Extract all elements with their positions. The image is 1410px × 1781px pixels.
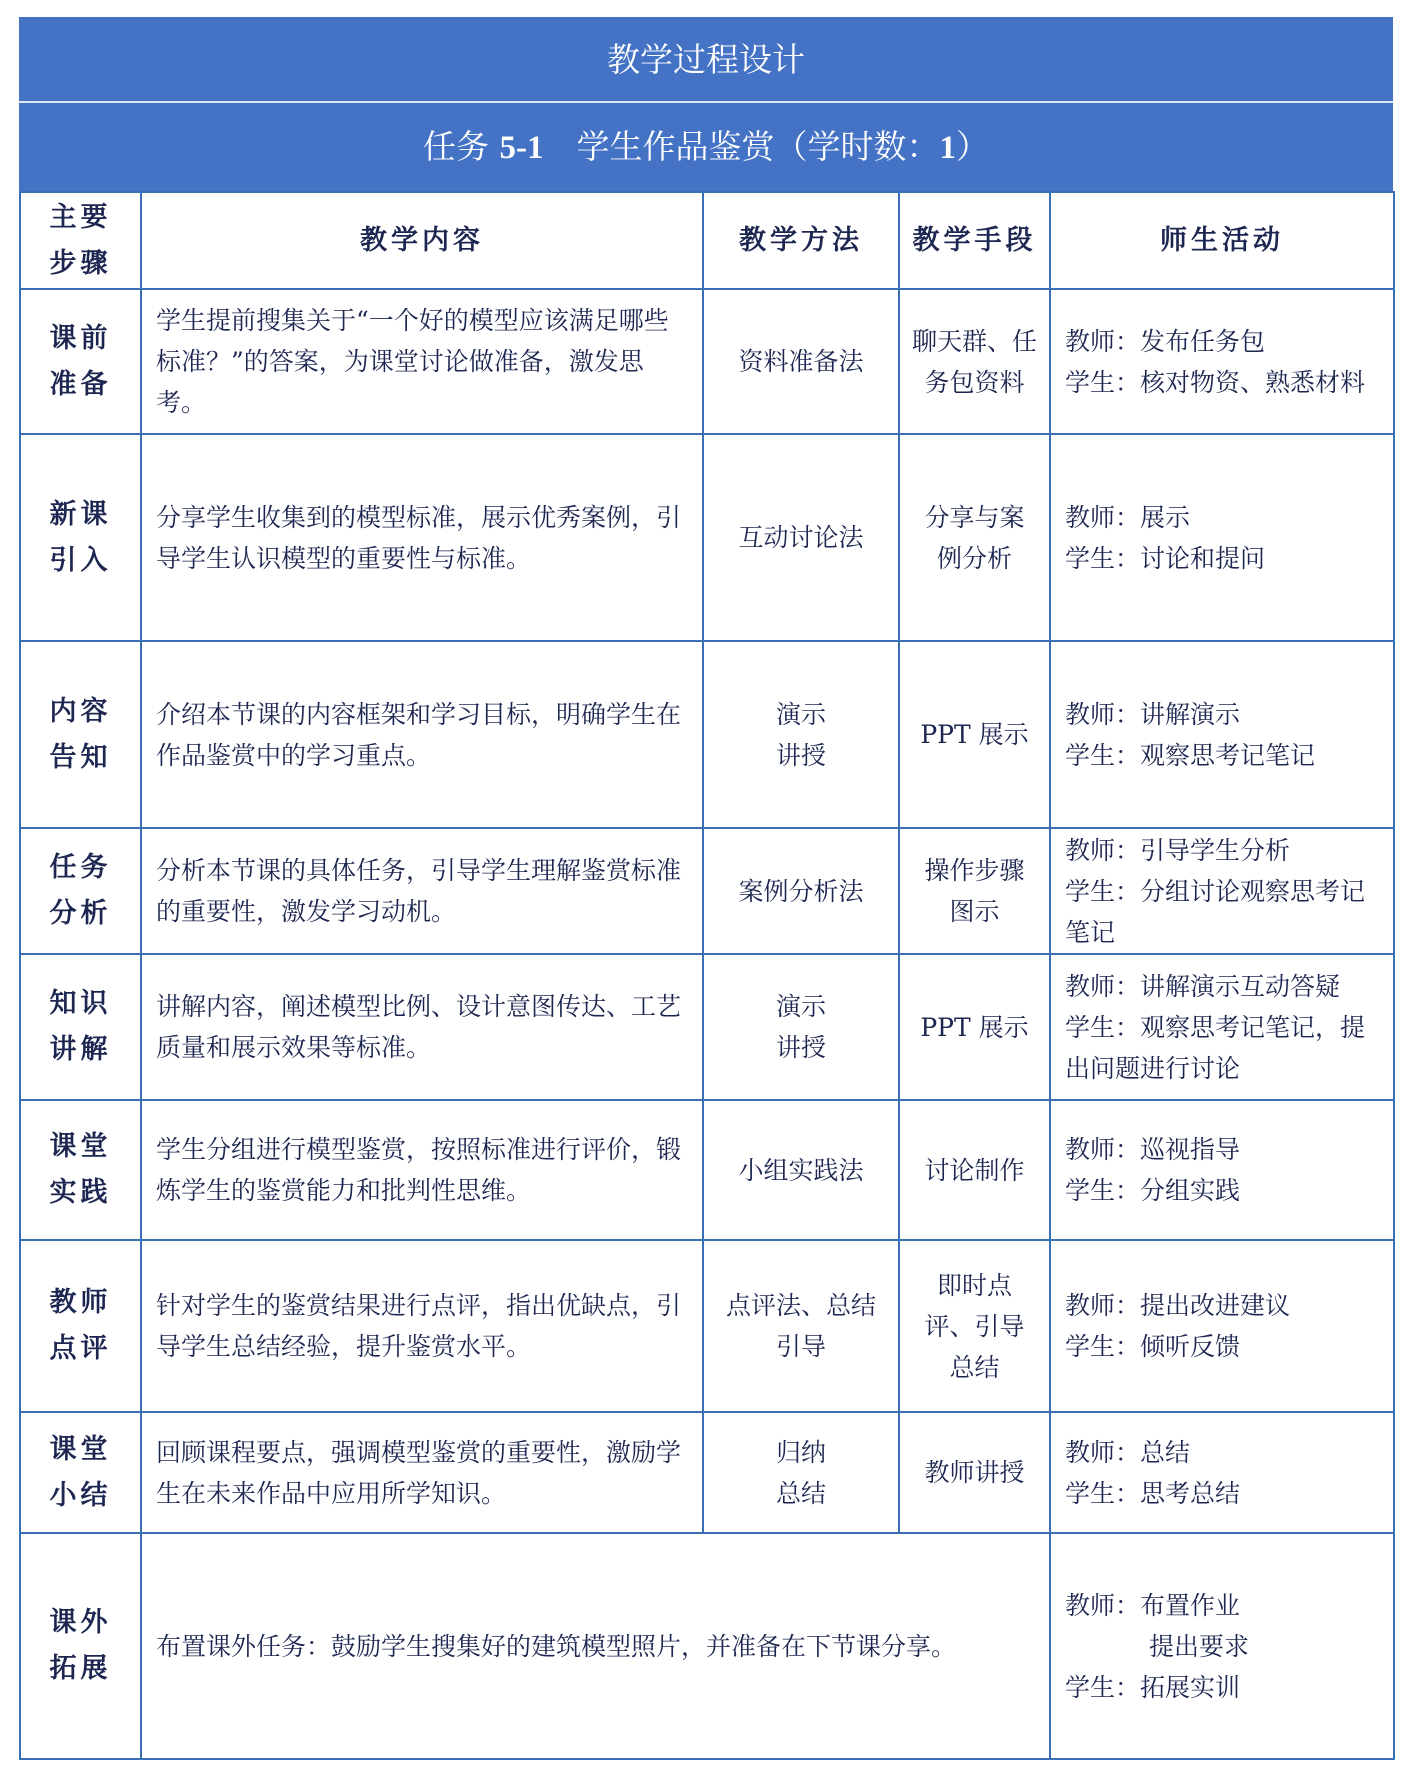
activity-line: 教师：引导学生分析 — [1065, 830, 1385, 871]
activity-line: 学生：讨论和提问 — [1065, 538, 1385, 579]
means-cell: 即时点评、引导总结 — [899, 1240, 1050, 1412]
task-subtitle: 任务 5-1 学生作品鉴赏（学时数：1） — [19, 103, 1393, 191]
step-line: 引入 — [21, 538, 140, 584]
method-line: 点评法、总结 — [710, 1285, 892, 1326]
content-cell: 布置课外任务：鼓励学生搜集好的建筑模型照片，并准备在下节课分享。 — [141, 1533, 1050, 1759]
means-line: 即时点 — [906, 1265, 1043, 1306]
activity-line: 学生：观察思考记笔记，提出问题进行讨论 — [1065, 1007, 1385, 1089]
col-header-method: 教学方法 — [703, 192, 899, 289]
table-row-extension: 课外 拓展 布置课外任务：鼓励学生搜集好的建筑模型照片，并准备在下节课分享。 教… — [20, 1533, 1394, 1759]
class-hours: 1 — [940, 130, 957, 166]
activity-cell: 教师：发布任务包学生：核对物资、熟悉材料 — [1050, 289, 1394, 434]
content-cell: 分析本节课的具体任务，引导学生理解鉴赏标准的重要性，激发学习动机。 — [141, 828, 703, 954]
step-line: 实践 — [21, 1170, 140, 1216]
activity-line: 学生：倾听反馈 — [1065, 1326, 1385, 1367]
step-line: 课外 — [21, 1600, 140, 1646]
header-step-line: 步骤 — [21, 241, 140, 287]
header-step-line: 主要 — [21, 195, 140, 241]
means-cell: 分享与案例分析 — [899, 434, 1050, 641]
activity-line: 教师：展示 — [1065, 497, 1385, 538]
activity-line: 教师：发布任务包 — [1065, 321, 1385, 362]
step-line: 课前 — [21, 316, 140, 362]
activity-line: 教师：巡视指导 — [1065, 1129, 1385, 1170]
method-line: 引导 — [710, 1326, 892, 1367]
method-line: 小组实践法 — [710, 1150, 892, 1191]
step-cell: 课堂小结 — [20, 1412, 141, 1533]
activity-line: 学生：观察思考记笔记 — [1065, 735, 1385, 776]
activity-cell: 教师：布置作业 提出要求 学生：拓展实训 — [1050, 1533, 1394, 1759]
activity-line: 教师：讲解演示 — [1065, 694, 1385, 735]
method-line: 资料准备法 — [710, 341, 892, 382]
step-cell: 教师点评 — [20, 1240, 141, 1412]
method-line: 讲授 — [710, 1027, 892, 1068]
content-cell: 回顾课程要点，强调模型鉴赏的重要性，激励学生在未来作品中应用所学知识。 — [141, 1412, 703, 1533]
activity-cell: 教师：展示学生：讨论和提问 — [1050, 434, 1394, 641]
activity-line: 提出要求 — [1065, 1626, 1385, 1667]
step-line: 任务 — [21, 845, 140, 891]
activity-cell: 教师：引导学生分析学生：分组讨论观察思考记笔记 — [1050, 828, 1394, 954]
means-cell: 操作步骤图示 — [899, 828, 1050, 954]
method-line: 演示 — [710, 694, 892, 735]
table-title: 教学过程设计 — [19, 17, 1393, 103]
activity-line: 教师：布置作业 — [1065, 1585, 1385, 1626]
method-cell: 资料准备法 — [703, 289, 899, 434]
activity-cell: 教师：提出改进建议学生：倾听反馈 — [1050, 1240, 1394, 1412]
step-line: 新课 — [21, 492, 140, 538]
method-cell: 互动讨论法 — [703, 434, 899, 641]
table-row: 课堂实践学生分组进行模型鉴赏，按照标准进行评价，锻炼学生的鉴赏能力和批判性思维。… — [20, 1100, 1394, 1240]
step-line: 课堂 — [21, 1124, 140, 1170]
col-header-step: 主要 步骤 — [20, 192, 141, 289]
step-line: 准备 — [21, 362, 140, 408]
table-row: 教师点评针对学生的鉴赏结果进行点评，指出优缺点，引导学生总结经验，提升鉴赏水平。… — [20, 1240, 1394, 1412]
col-header-means: 教学手段 — [899, 192, 1050, 289]
method-line: 互动讨论法 — [710, 517, 892, 558]
subtitle-prefix: 任务 — [423, 127, 500, 166]
task-number: 5-1 — [500, 130, 544, 166]
teaching-process-table: 教学过程设计 任务 5-1 学生作品鉴赏（学时数：1） 主要 步骤 教学内容 教… — [19, 17, 1393, 1760]
step-line: 讲解 — [21, 1027, 140, 1073]
step-line: 拓展 — [21, 1646, 140, 1692]
means-line: 操作步骤 — [906, 850, 1043, 891]
step-cell: 内容告知 — [20, 641, 141, 828]
means-line: 总结 — [906, 1347, 1043, 1388]
means-line: PPT 展示 — [906, 1007, 1043, 1048]
means-line: 聊天群、任 — [906, 321, 1043, 362]
content-cell: 分享学生收集到的模型标准，展示优秀案例，引导学生认识模型的重要性与标准。 — [141, 434, 703, 641]
table-row: 知识讲解讲解内容，阐述模型比例、设计意图传达、工艺质量和展示效果等标准。演示讲授… — [20, 954, 1394, 1100]
step-cell: 新课引入 — [20, 434, 141, 641]
method-cell: 演示讲授 — [703, 954, 899, 1100]
means-line: 图示 — [906, 891, 1043, 932]
step-line: 小结 — [21, 1473, 140, 1519]
method-line: 讲授 — [710, 735, 892, 776]
step-line: 分析 — [21, 891, 140, 937]
step-line: 知识 — [21, 981, 140, 1027]
means-line: PPT 展示 — [906, 714, 1043, 755]
subtitle-text: 学生作品鉴赏（学时数： — [544, 127, 940, 166]
subtitle-end: ） — [956, 127, 989, 166]
means-cell: PPT 展示 — [899, 641, 1050, 828]
activity-line: 教师：提出改进建议 — [1065, 1285, 1385, 1326]
step-line: 内容 — [21, 689, 140, 735]
activity-line: 学生：分组实践 — [1065, 1170, 1385, 1211]
step-cell: 课堂实践 — [20, 1100, 141, 1240]
col-header-activity: 师生活动 — [1050, 192, 1394, 289]
step-cell: 课外 拓展 — [20, 1533, 141, 1759]
method-line: 演示 — [710, 986, 892, 1027]
means-line: 教师讲授 — [906, 1452, 1043, 1493]
activity-cell: 教师：讲解演示互动答疑学生：观察思考记笔记，提出问题进行讨论 — [1050, 954, 1394, 1100]
header-row: 主要 步骤 教学内容 教学方法 教学手段 师生活动 — [20, 192, 1394, 289]
step-cell: 任务分析 — [20, 828, 141, 954]
means-line: 讨论制作 — [906, 1150, 1043, 1191]
table-row: 内容告知介绍本节课的内容框架和学习目标，明确学生在作品鉴赏中的学习重点。演示讲授… — [20, 641, 1394, 828]
method-cell: 点评法、总结引导 — [703, 1240, 899, 1412]
step-cell: 知识讲解 — [20, 954, 141, 1100]
activity-line: 学生：拓展实训 — [1065, 1667, 1385, 1708]
activity-line: 学生：分组讨论观察思考记笔记 — [1065, 871, 1385, 953]
content-cell: 学生分组进行模型鉴赏，按照标准进行评价，锻炼学生的鉴赏能力和批判性思维。 — [141, 1100, 703, 1240]
content-cell: 针对学生的鉴赏结果进行点评，指出优缺点，引导学生总结经验，提升鉴赏水平。 — [141, 1240, 703, 1412]
content-cell: 介绍本节课的内容框架和学习目标，明确学生在作品鉴赏中的学习重点。 — [141, 641, 703, 828]
method-cell: 演示讲授 — [703, 641, 899, 828]
step-line: 教师 — [21, 1280, 140, 1326]
activity-cell: 教师：讲解演示学生：观察思考记笔记 — [1050, 641, 1394, 828]
activity-line: 教师：讲解演示互动答疑 — [1065, 966, 1385, 1007]
means-line: 例分析 — [906, 538, 1043, 579]
means-cell: PPT 展示 — [899, 954, 1050, 1100]
table-row: 任务分析分析本节课的具体任务，引导学生理解鉴赏标准的重要性，激发学习动机。案例分… — [20, 828, 1394, 954]
step-line: 告知 — [21, 735, 140, 781]
process-grid: 主要 步骤 教学内容 教学方法 教学手段 师生活动 课前准备学生提前搜集关于“一… — [19, 191, 1395, 1760]
method-line: 总结 — [710, 1473, 892, 1514]
means-cell: 教师讲授 — [899, 1412, 1050, 1533]
activity-line: 学生：思考总结 — [1065, 1473, 1385, 1514]
table-row: 课堂小结回顾课程要点，强调模型鉴赏的重要性，激励学生在未来作品中应用所学知识。归… — [20, 1412, 1394, 1533]
means-line: 评、引导 — [906, 1306, 1043, 1347]
method-cell: 案例分析法 — [703, 828, 899, 954]
activity-line: 学生：核对物资、熟悉材料 — [1065, 362, 1385, 403]
activity-cell: 教师：总结学生：思考总结 — [1050, 1412, 1394, 1533]
method-line: 归纳 — [710, 1432, 892, 1473]
activity-line: 教师：总结 — [1065, 1432, 1385, 1473]
means-cell: 聊天群、任务包资料 — [899, 289, 1050, 434]
method-cell: 小组实践法 — [703, 1100, 899, 1240]
table-row: 课前准备学生提前搜集关于“一个好的模型应该满足哪些标准？”的答案，为课堂讨论做准… — [20, 289, 1394, 434]
means-cell: 讨论制作 — [899, 1100, 1050, 1240]
means-line: 分享与案 — [906, 497, 1043, 538]
means-line: 务包资料 — [906, 362, 1043, 403]
step-line: 点评 — [21, 1326, 140, 1372]
content-cell: 学生提前搜集关于“一个好的模型应该满足哪些标准？”的答案，为课堂讨论做准备，激发… — [141, 289, 703, 434]
activity-cell: 教师：巡视指导学生：分组实践 — [1050, 1100, 1394, 1240]
content-cell: 讲解内容，阐述模型比例、设计意图传达、工艺质量和展示效果等标准。 — [141, 954, 703, 1100]
method-cell: 归纳总结 — [703, 1412, 899, 1533]
step-cell: 课前准备 — [20, 289, 141, 434]
method-line: 案例分析法 — [710, 871, 892, 912]
table-row: 新课引入分享学生收集到的模型标准，展示优秀案例，引导学生认识模型的重要性与标准。… — [20, 434, 1394, 641]
step-line: 课堂 — [21, 1427, 140, 1473]
col-header-content: 教学内容 — [141, 192, 703, 289]
